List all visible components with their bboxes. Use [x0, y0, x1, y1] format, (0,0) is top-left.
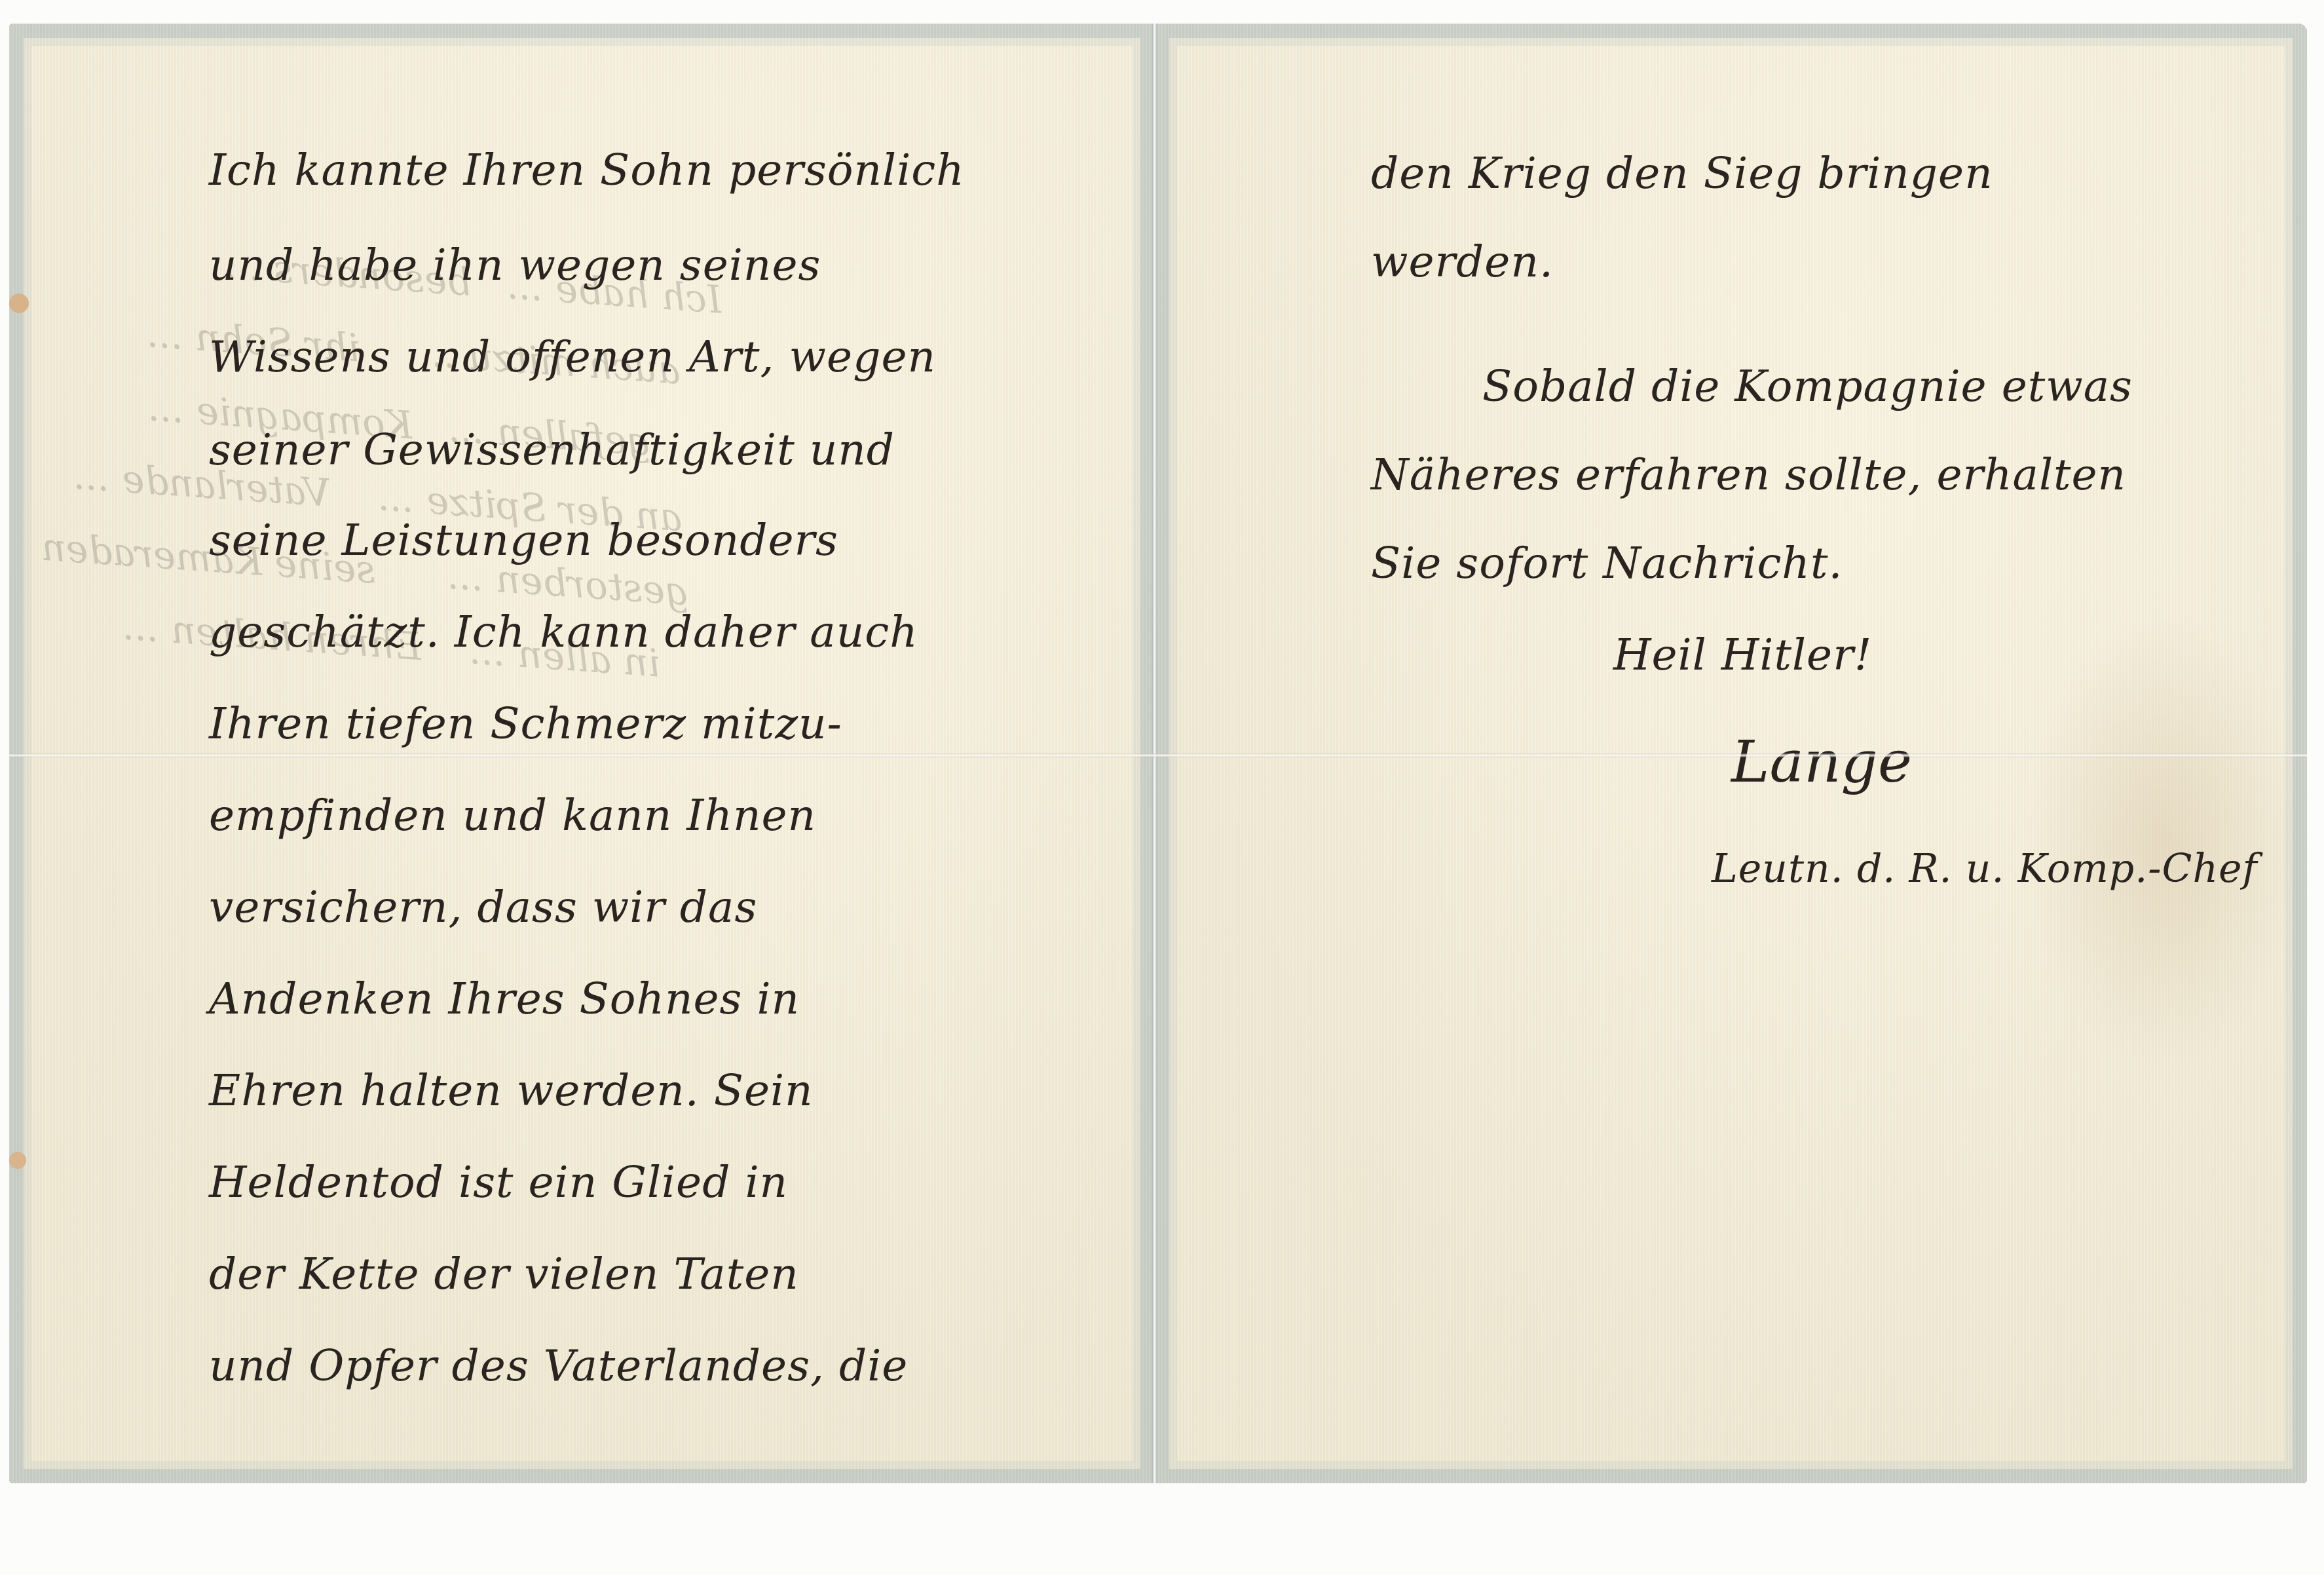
text-line: empfinden und kann Ihnen	[209, 790, 816, 841]
letter-sheet: Ich habe ... besonders ... auch mitzu ..…	[9, 24, 2307, 1483]
text-line: Näheres erfahren sollte, erhalten	[1371, 449, 2126, 500]
text-line: Sie sofort Nachricht.	[1371, 538, 1843, 588]
text-line: Andenken Ihres Sohnes in	[209, 974, 800, 1024]
signature: Lange	[1731, 728, 1912, 795]
text-line: geschätzt. Ich kann daher auch	[209, 607, 918, 657]
text-line: Ihren tiefen Schmerz mitzu-	[209, 698, 842, 749]
text-line: seine Leistungen besonders	[209, 515, 838, 565]
text-line: den Krieg den Sieg bringen	[1371, 148, 1993, 199]
text-line: Ich kannte Ihren Sohn persönlich	[209, 145, 965, 195]
text-line: Heldentod ist ein Glied in	[209, 1157, 788, 1207]
rust-spot	[9, 294, 29, 313]
text-line: und habe ihn wegen seines	[209, 240, 821, 290]
text-line: Ehren halten werden. Sein	[209, 1065, 814, 1116]
horizontal-fold	[9, 753, 2307, 757]
text-line: versichern, dass wir das	[209, 882, 757, 932]
text-line: und Opfer des Vaterlandes, die	[209, 1340, 908, 1391]
text-line: Sobald die Kompagnie etwas	[1482, 361, 2133, 411]
closing-salutation: Heil Hitler!	[1613, 630, 1872, 680]
text-line: der Kette der vielen Taten	[209, 1249, 799, 1299]
text-line: seiner Gewissenhaftigkeit und	[209, 425, 895, 475]
text-line: werden.	[1371, 237, 1554, 287]
rust-spot	[9, 1152, 26, 1169]
text-line: Wissens und offenen Art, wegen	[209, 332, 936, 382]
signer-title: Leutn. d. R. u. Komp.-Chef	[1712, 846, 2258, 892]
age-stain	[2026, 613, 2301, 1072]
